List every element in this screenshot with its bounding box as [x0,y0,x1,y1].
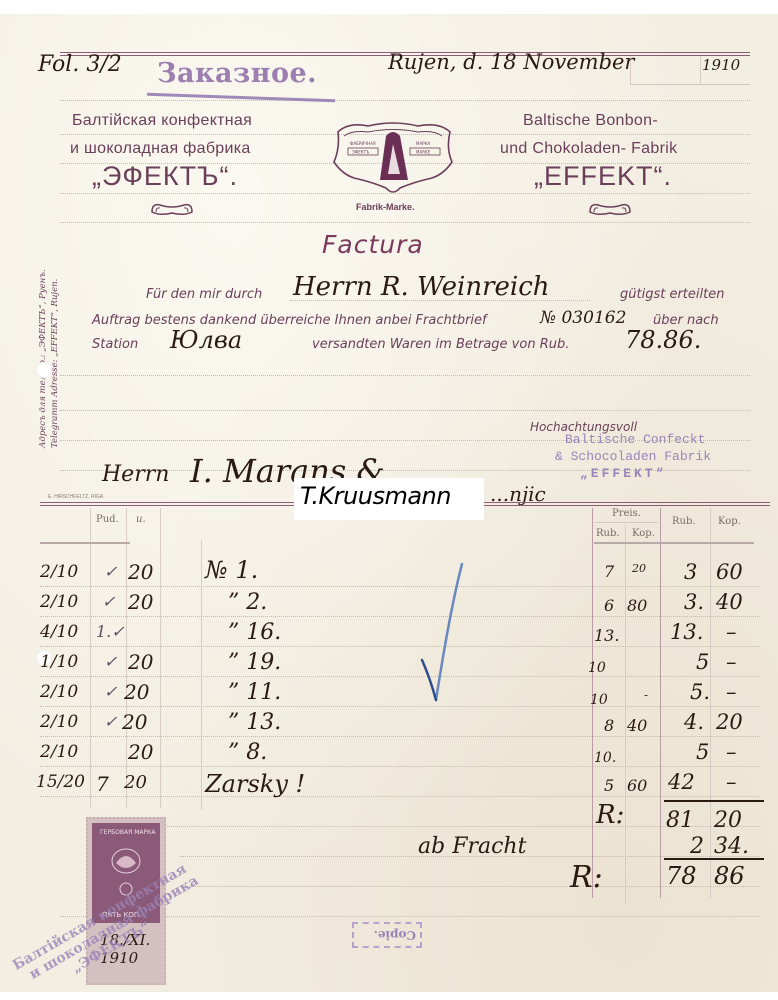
folio-number: Fol. 3/2 [38,52,122,77]
row-line [40,706,760,707]
row-marks: 1/10 [40,652,78,672]
revenue-stamp-header: ГЕРБОВАЯ МАРКА [100,829,155,836]
row-marks: 2/10 [40,682,78,702]
row-total-rub: 5 [696,740,709,764]
row-price-rub: 10 [590,692,608,708]
column-divider [625,525,626,905]
row-total-kop: – [726,650,737,674]
destination-station: Юлва [170,326,242,354]
row-line [40,796,760,797]
company-de-name: „EFFEKT“. [534,161,672,192]
row-quantity: 20 [128,650,153,674]
total-rule [664,858,764,860]
svg-text:ФАБРИЧНАЯ: ФАБРИЧНАЯ [350,141,376,146]
company-stamp-line1: Baltische Confeckt [565,432,705,447]
row-total-rub: 3 [684,560,697,584]
logo-caption: Fabrik-Marke. [356,202,415,212]
row-price-rub: 10. [594,750,616,766]
header-underline [40,542,130,544]
row-description: ” 11. [228,680,281,705]
row-total-kop: – [726,680,737,704]
blue-pencil-check-icon [420,560,470,710]
row-description: ” 19. [228,650,281,675]
telegram-address-ru: Адресъ для телегр.: „ЭФЕКТЪ“, Руенъ. [38,269,48,448]
row-marks: 2/10 [40,712,78,732]
row-marks: 4/10 [40,622,78,642]
header-pud: Pud. [96,514,119,525]
freight-kop: 34. [714,834,749,859]
header-total-kop: Kop. [718,516,741,527]
invoice-amount: 78.86. [625,326,701,354]
header-underline [594,542,754,544]
header-subline [594,522,658,523]
row-checkmark: ✓ [104,562,117,581]
svg-text:ЭФЕКТЪ: ЭФЕКТЪ [352,150,370,155]
row-quantity: 20 [128,590,153,614]
row-description: № 1. [205,556,258,584]
row-price-kop: 60 [627,776,647,795]
row-quantity: 20 [128,740,153,764]
row-total-kop: 40 [716,590,743,614]
row-marks: 2/10 [40,742,78,762]
row-price-rub: 6 [604,596,614,615]
row-marks: 15/20 [36,772,85,792]
header-price: Preis. [612,508,641,519]
row-total-rub: 4. [684,710,704,734]
row-line [100,826,760,827]
body-line1-suffix: gütigst erteilten [620,287,724,302]
subtotal-rule [664,800,764,802]
row-total-rub: 3. [684,590,704,614]
row-line [40,676,760,677]
total-label: R: [570,860,603,895]
subtotal-label: R: [596,800,624,830]
column-divider [126,508,127,808]
row-line [40,766,760,767]
body-line3-middle: versandten Waren im Betrage von Rub. [312,337,569,352]
header-total-rub: Rub. [672,516,696,527]
row-total-rub: 5 [696,650,709,674]
row-line [40,646,760,647]
subtotal-kop: 20 [714,808,742,833]
signature-overlay-text: T.Kruusmann [300,482,451,510]
registered-mail-stamp: Заказное. [157,58,317,89]
row-quantity: 20 [128,560,153,584]
addressee-prefix: Herrn [102,462,169,487]
total-rub: 78 [666,862,697,890]
waybill-number: № 030162 [540,308,626,328]
row-checkmark: 1.✓ [96,622,125,641]
row-total-kop: – [726,740,737,764]
printer-imprint: E. HIRSCHFELTZ, RIGA [48,494,103,500]
date-year: 1910 [702,56,740,74]
freight-label: ab Fracht [418,834,526,859]
scan-margin-bottom [0,992,778,1000]
row-description: ” 16. [228,620,281,645]
company-stamp-line3: „EFFEKT“ [580,466,666,481]
company-de-line1: Baltische Bonbon- [523,112,658,130]
row-price-rub: 7 [604,562,614,581]
row-price-rub: 10 [588,660,606,676]
row-price-kop: 40 [627,716,647,735]
company-stamp-line2: & Schocoladen Fabrik [555,449,711,464]
ornament-icon [586,200,634,218]
ornament-icon [148,200,196,218]
row-price-kop: 80 [627,596,647,615]
copy-stamp-text: Copie. [374,928,416,942]
row-line [40,586,760,587]
body-line3-prefix: Station [92,337,138,352]
company-ru-line2: и шоколадная фабрика [70,140,251,158]
ruled-line [60,410,750,411]
row-marks: 2/10 [40,562,78,582]
ruled-line [60,222,750,223]
row-checkmark: ✓ [104,712,117,731]
row-total-kop: – [726,620,737,644]
invoice-title: Factura [322,230,424,259]
telegram-address-de: Telegramm Adresse: „EFFEKT“, Rujen. [50,279,60,448]
header-price-kop: Kop. [632,528,655,539]
column-divider [710,508,711,898]
row-price-rub: 13. [594,626,619,645]
row-pud: 7 [96,772,109,796]
row-description: ” 8. [228,740,267,765]
row-quantity: 20 [124,772,147,793]
row-checkmark: ✓ [104,652,117,671]
row-total-rub: 13. [670,620,703,644]
subtotal-rub: 81 [666,808,694,833]
header-box-divider [700,56,701,84]
row-total-kop: 20 [716,710,743,734]
row-line [40,616,760,617]
row-quantity: 20 [122,710,147,734]
punch-hole [36,362,52,378]
row-price-kop: 20 [632,562,646,575]
header-price-rub: Rub. [596,528,620,539]
column-divider [201,540,202,810]
row-total-rub: 42 [668,770,695,794]
company-ru-name: „ЭФЕКТЪ“. [92,161,238,192]
row-price-kop: - [644,688,648,702]
column-divider [660,508,661,898]
row-price-rub: 5 [604,776,614,795]
svg-text:МАРКА: МАРКА [416,141,430,146]
svg-text:MARKE: MARKE [416,150,431,155]
commission-agent-name: Herrn R. Weinreich [293,272,550,302]
row-total-rub: 5. [690,680,710,704]
row-checkmark: ✓ [102,592,115,611]
place-date: Rujen, d. 18 November [388,50,634,74]
ruled-line [60,100,750,101]
column-divider [90,508,91,808]
row-price-rub: 8 [604,716,614,735]
row-total-kop: – [726,770,737,794]
company-de-line2: und Chokoladen- Fabrik [500,140,677,158]
row-description: Zarsky ! [205,770,305,798]
column-divider [160,508,161,808]
freight-rub: 2 [690,834,704,859]
row-quantity: 20 [124,680,149,704]
row-description: ” 13. [228,710,281,735]
row-total-kop: 60 [716,560,743,584]
row-marks: 2/10 [40,592,78,612]
row-checkmark: ✓ [104,682,117,701]
body-line2-prefix: Auftrag bestens dankend überreiche Ihnen… [92,313,487,328]
row-description: ” 2. [228,590,267,615]
header-funt: u. [136,514,146,525]
body-line1-prefix: Für den mir durch [146,287,262,302]
factory-trademark-logo-icon: ФАБРИЧНАЯ МАРКА ЭФЕКТЪ MARKE [328,118,458,196]
company-ru-line1: Балтiйская конфектная [72,112,252,130]
header-box-line [630,84,750,85]
scan-margin-top [0,0,778,14]
row-line [40,736,760,737]
total-kop: 86 [714,862,745,890]
ruled-line [60,375,750,376]
